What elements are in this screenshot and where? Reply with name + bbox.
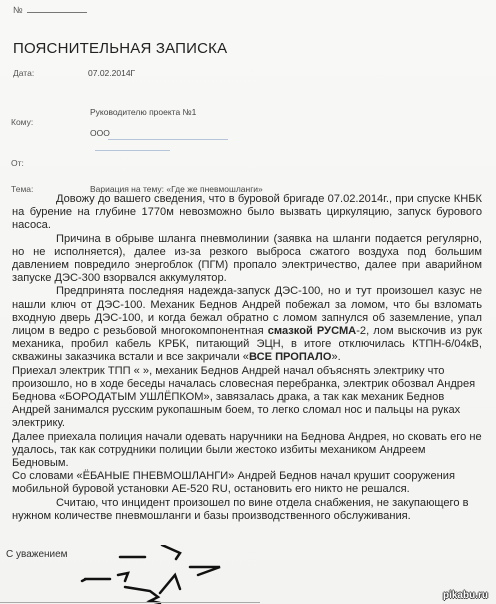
paragraph: Предпринята последняя надежда-запуск ДЭС… [12,285,482,364]
signoff: С уважением [6,549,68,560]
redaction-mark [95,150,170,151]
paragraph: Причина в обрыве шланга пневмолинии (зая… [12,233,482,286]
paragraph: Довожу до вашего сведения, что в буровой… [12,193,482,233]
divider [0,602,260,603]
recipient-position: Руководителю проекта №1 [90,107,196,117]
date-value: 07.02.2014Г [88,68,135,78]
redaction-mark [108,139,228,140]
paragraph: Считаю, что инцидент произошел по вине о… [12,497,482,523]
date-label: Дата: [13,68,34,78]
paragraph: Далее приехала полиция начали одевать на… [12,431,482,471]
paragraph: Приехал электрик ТПП « », механик Беднов… [12,365,482,431]
document-body: Довожу до вашего сведения, что в буровой… [12,193,482,523]
document-number-label: № [13,5,23,15]
pikabu-watermark: pikabu.ru [443,590,488,601]
signature-icon [80,545,230,604]
from-label: От: [11,158,24,168]
document-number-field [27,12,87,13]
paragraph: Со словами «ЁБАНЫЕ ПНЕВМОШЛАНГИ» Андрей … [12,470,482,496]
to-label: Кому: [11,117,33,127]
scanned-document: № ПОЯСНИТЕЛЬНАЯ ЗАПИСКА Дата: 07.02.2014… [0,0,496,604]
document-title: ПОЯСНИТЕЛЬНАЯ ЗАПИСКА [13,40,227,57]
recipient-company: ООО [90,128,110,138]
